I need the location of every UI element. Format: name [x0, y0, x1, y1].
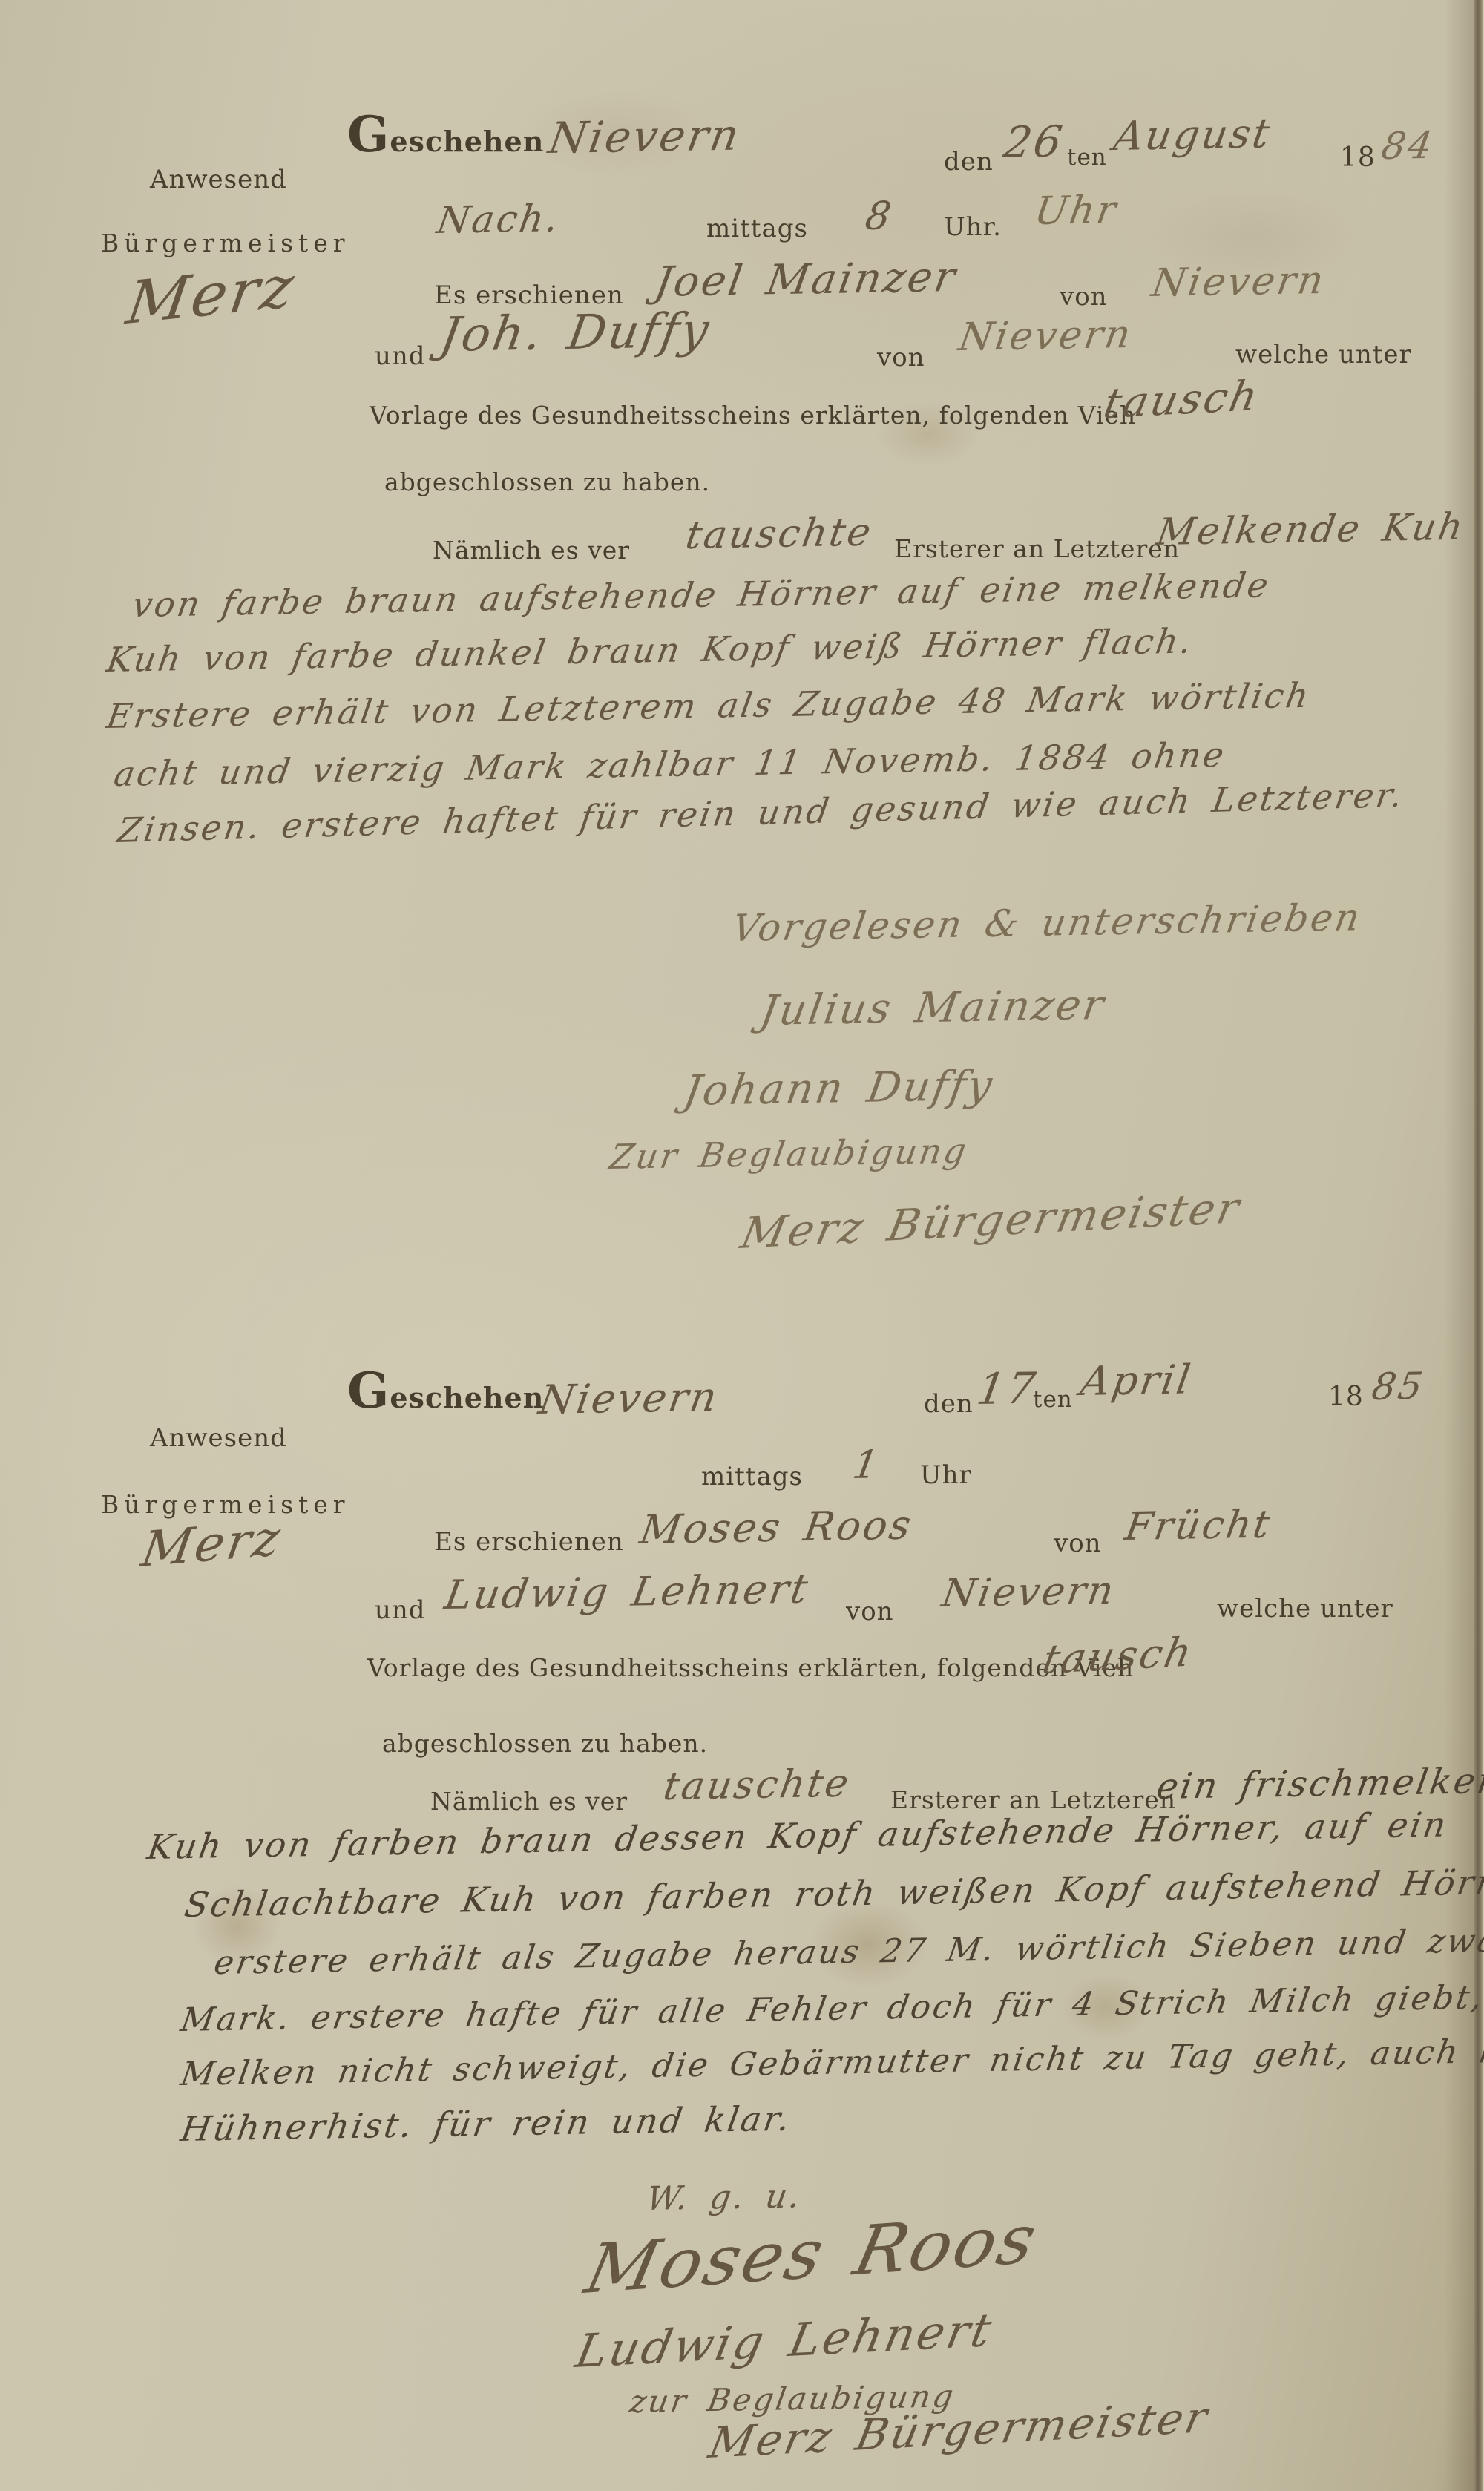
margin-anwesend-label: Anwesend [150, 165, 287, 194]
es-erschienen-label: Es erschienen [434, 1527, 624, 1557]
vieh-tausch-handwritten: tausch [1100, 372, 1264, 428]
naemlich-label: Nämlich es ver [430, 1787, 628, 1816]
page-edge [1474, 0, 1484, 2491]
place-handwritten: Nievern [545, 110, 744, 163]
party1-name-handwritten: Moses Roos [637, 1502, 916, 1553]
welche-unter-label: welche unter [1217, 1594, 1393, 1624]
margin-mayor-signature: Merz [122, 252, 301, 338]
body-line: Schlachtbare Kuh von farben roth weißen … [182, 1861, 1484, 1925]
party2-signature: Ludwig Lehnert [571, 2303, 998, 2378]
party1-place-handwritten: Frücht [1122, 1503, 1275, 1549]
vorlage-label: Vorlage des Gesundheitsscheins erklärten… [367, 1653, 1134, 1682]
binding-shadow [1444, 0, 1474, 2491]
hour-handwritten: 8 [862, 194, 896, 239]
place-handwritten: Nievern [536, 1374, 722, 1423]
year-printed: 18 [1328, 1382, 1364, 1412]
mittags-label: mittags [701, 1462, 803, 1491]
von-label: von [1054, 1529, 1102, 1558]
body-line: Melken nicht schweigt, die Gebärmutter n… [178, 2031, 1484, 2093]
ten-label: ten [1067, 144, 1107, 171]
mittags-label: mittags [706, 214, 808, 243]
welche-unter-label: welche unter [1235, 340, 1412, 370]
abgeschlossen-label: abgeschlossen zu haben. [384, 467, 710, 496]
party1-signature: Julius Mainzer [757, 981, 1109, 1035]
geschehen-label: Geschehen [347, 120, 544, 158]
attest-handwritten: Zur Beglaubigung [607, 1131, 971, 1177]
party1-place-handwritten: Nievern [1149, 258, 1329, 306]
body-line: Mark. erstere hafte für alle Fehler doch… [178, 1976, 1484, 2039]
tauschte-handwritten: tauschte [683, 511, 876, 558]
year-printed: 18 [1340, 142, 1376, 173]
hour-handwritten: 1 [850, 1443, 884, 1488]
time-prefix-handwritten: Nach. [434, 197, 563, 242]
party2-name-handwritten: Joh. Duffy [436, 303, 715, 363]
closing-formula-handwritten: Vorgelesen & unterschrieben [729, 896, 1365, 950]
party1-name-handwritten: Joel Mainzer [651, 253, 961, 306]
body-hand-start: Melkende Kuh [1154, 505, 1468, 554]
mayor-signature: Merz Bürgermeister [737, 1182, 1245, 1258]
tauschte-handwritten: tauschte [660, 1762, 854, 1809]
ten-label: ten [1033, 1386, 1073, 1413]
von-label: von [846, 1597, 894, 1627]
naemlich-label: Nämlich es ver [433, 536, 630, 565]
margin-buergermeister-label: Bürgermeister [101, 229, 350, 257]
margin-mayor-signature: Merz [137, 1509, 286, 1578]
und-label: und [375, 341, 426, 371]
uhr-label: Uhr [920, 1460, 972, 1490]
day-handwritten: 26 [1000, 116, 1068, 168]
vorlage-label: Vorlage des Gesundheitsscheins erklärten… [370, 401, 1136, 430]
scanned-document-page: Anwesend Bürgermeister Merz Geschehen Ni… [0, 0, 1484, 2491]
month-handwritten: April [1077, 1356, 1195, 1405]
month-handwritten: August [1111, 110, 1275, 160]
ersterer-letzteren-label: Ersterer an Letzteren [894, 534, 1180, 563]
body-line: Erstere erhält von Letzterem als Zugabe … [104, 675, 1313, 736]
von-label: von [1060, 282, 1108, 312]
body-hand-start: ein frischmelkende [1154, 1759, 1484, 1808]
party2-place-handwritten: Nievern [939, 1569, 1119, 1616]
time-suffix-handwritten: Uhr [1031, 188, 1121, 234]
party2-name-handwritten: Ludwig Lehnert [441, 1565, 813, 1618]
year-handwritten: 85 [1369, 1365, 1428, 1408]
geschehen-label: Geschehen [347, 1376, 544, 1414]
vieh-tausch-handwritten: tausch [1039, 1629, 1198, 1683]
abgeschlossen-label: abgeschlossen zu haben. [382, 1729, 708, 1758]
und-label: und [375, 1595, 426, 1625]
party2-place-handwritten: Nievern [956, 312, 1136, 360]
body-line: Kuh von farbe dunkel braun Kopf weiß Hör… [104, 621, 1197, 680]
von-label: von [877, 343, 925, 372]
uhr-label: Uhr. [944, 212, 1002, 242]
party2-signature: Johann Duffy [680, 1062, 997, 1115]
den-label: den [944, 147, 994, 177]
body-line: erstere erhält als Zugabe heraus 27 M. w… [211, 1920, 1484, 1982]
year-handwritten: 84 [1379, 124, 1437, 168]
closing-formula-handwritten: W. g. u. [644, 2177, 805, 2218]
day-handwritten: 17 [974, 1363, 1041, 1414]
body-line: Kuh von farben braun dessen Kopf aufsteh… [145, 1805, 1451, 1867]
body-line: von farbe braun aufstehende Hörner auf e… [130, 565, 1273, 625]
body-line: Hühnerhist. für rein und klar. [178, 2098, 795, 2149]
den-label: den [924, 1389, 974, 1419]
margin-anwesend-label: Anwesend [150, 1423, 287, 1453]
